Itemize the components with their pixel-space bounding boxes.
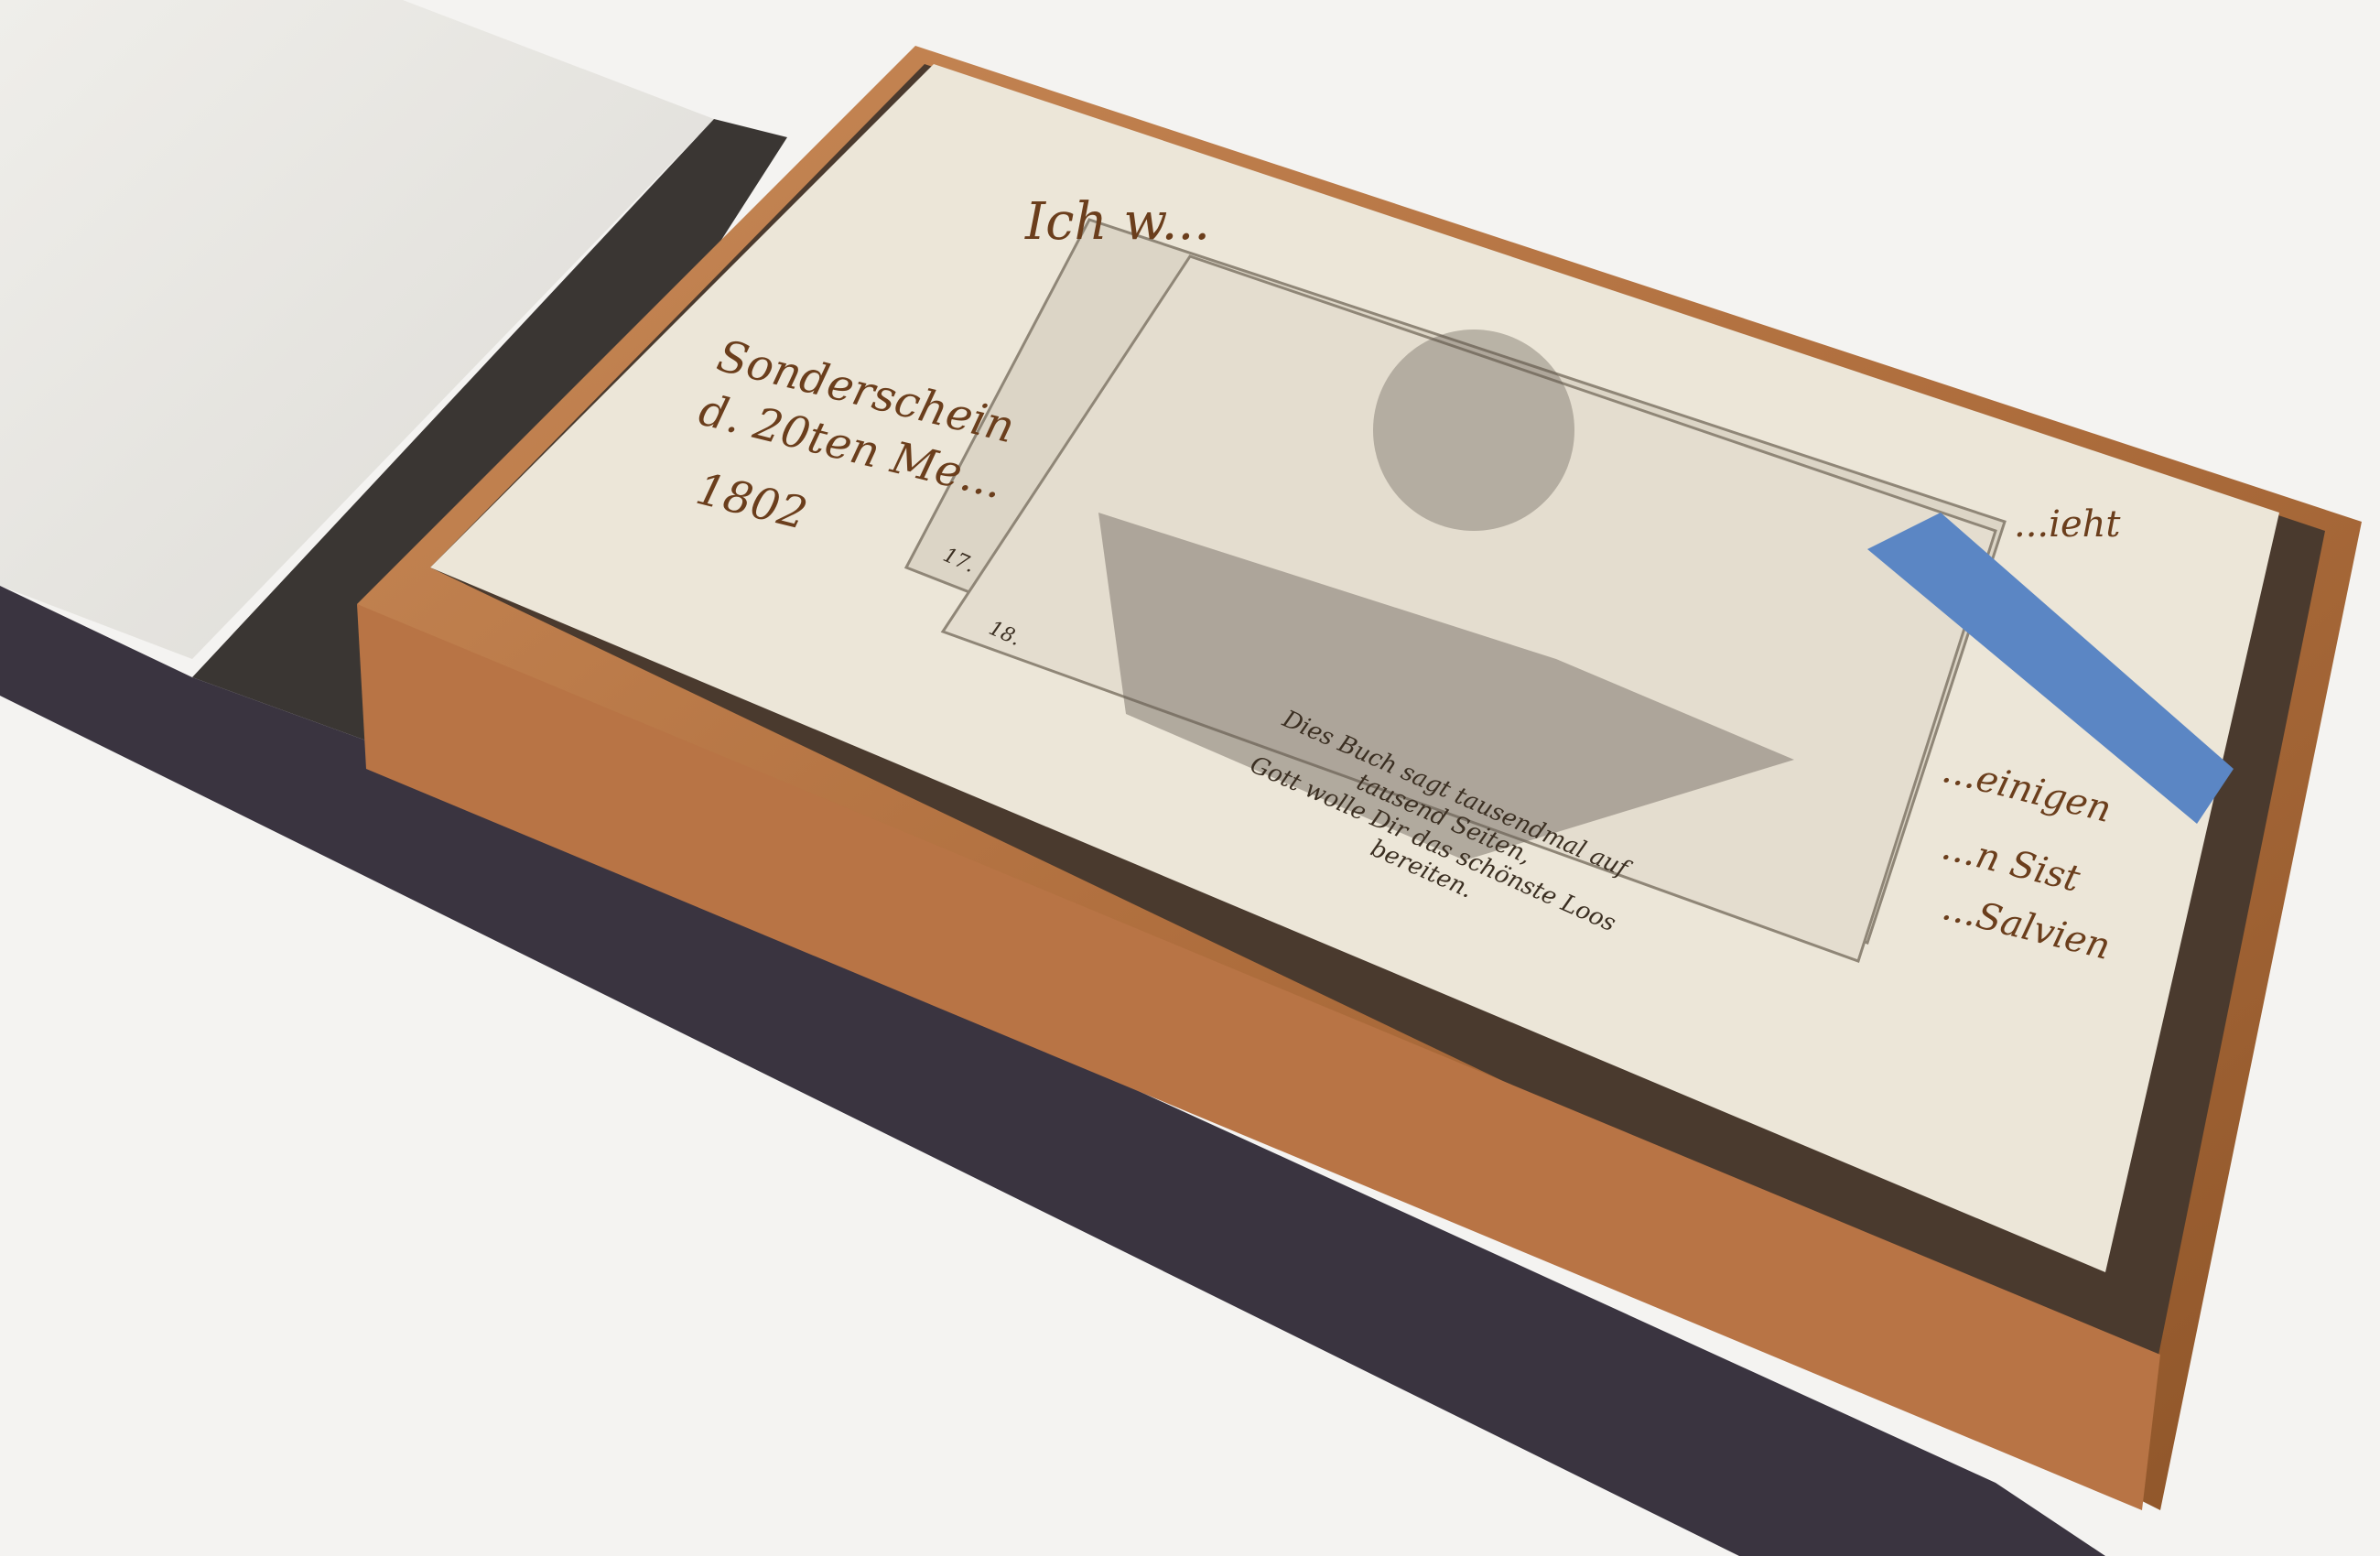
handwriting-right-1: ...ieht [2014, 503, 2120, 546]
photo-scene: Ich w... Sonderschein d. 20ten Me... 180… [0, 0, 2380, 1556]
handwriting-top: Ich w... [1025, 192, 1210, 252]
engraving-flowers [1373, 330, 1574, 531]
